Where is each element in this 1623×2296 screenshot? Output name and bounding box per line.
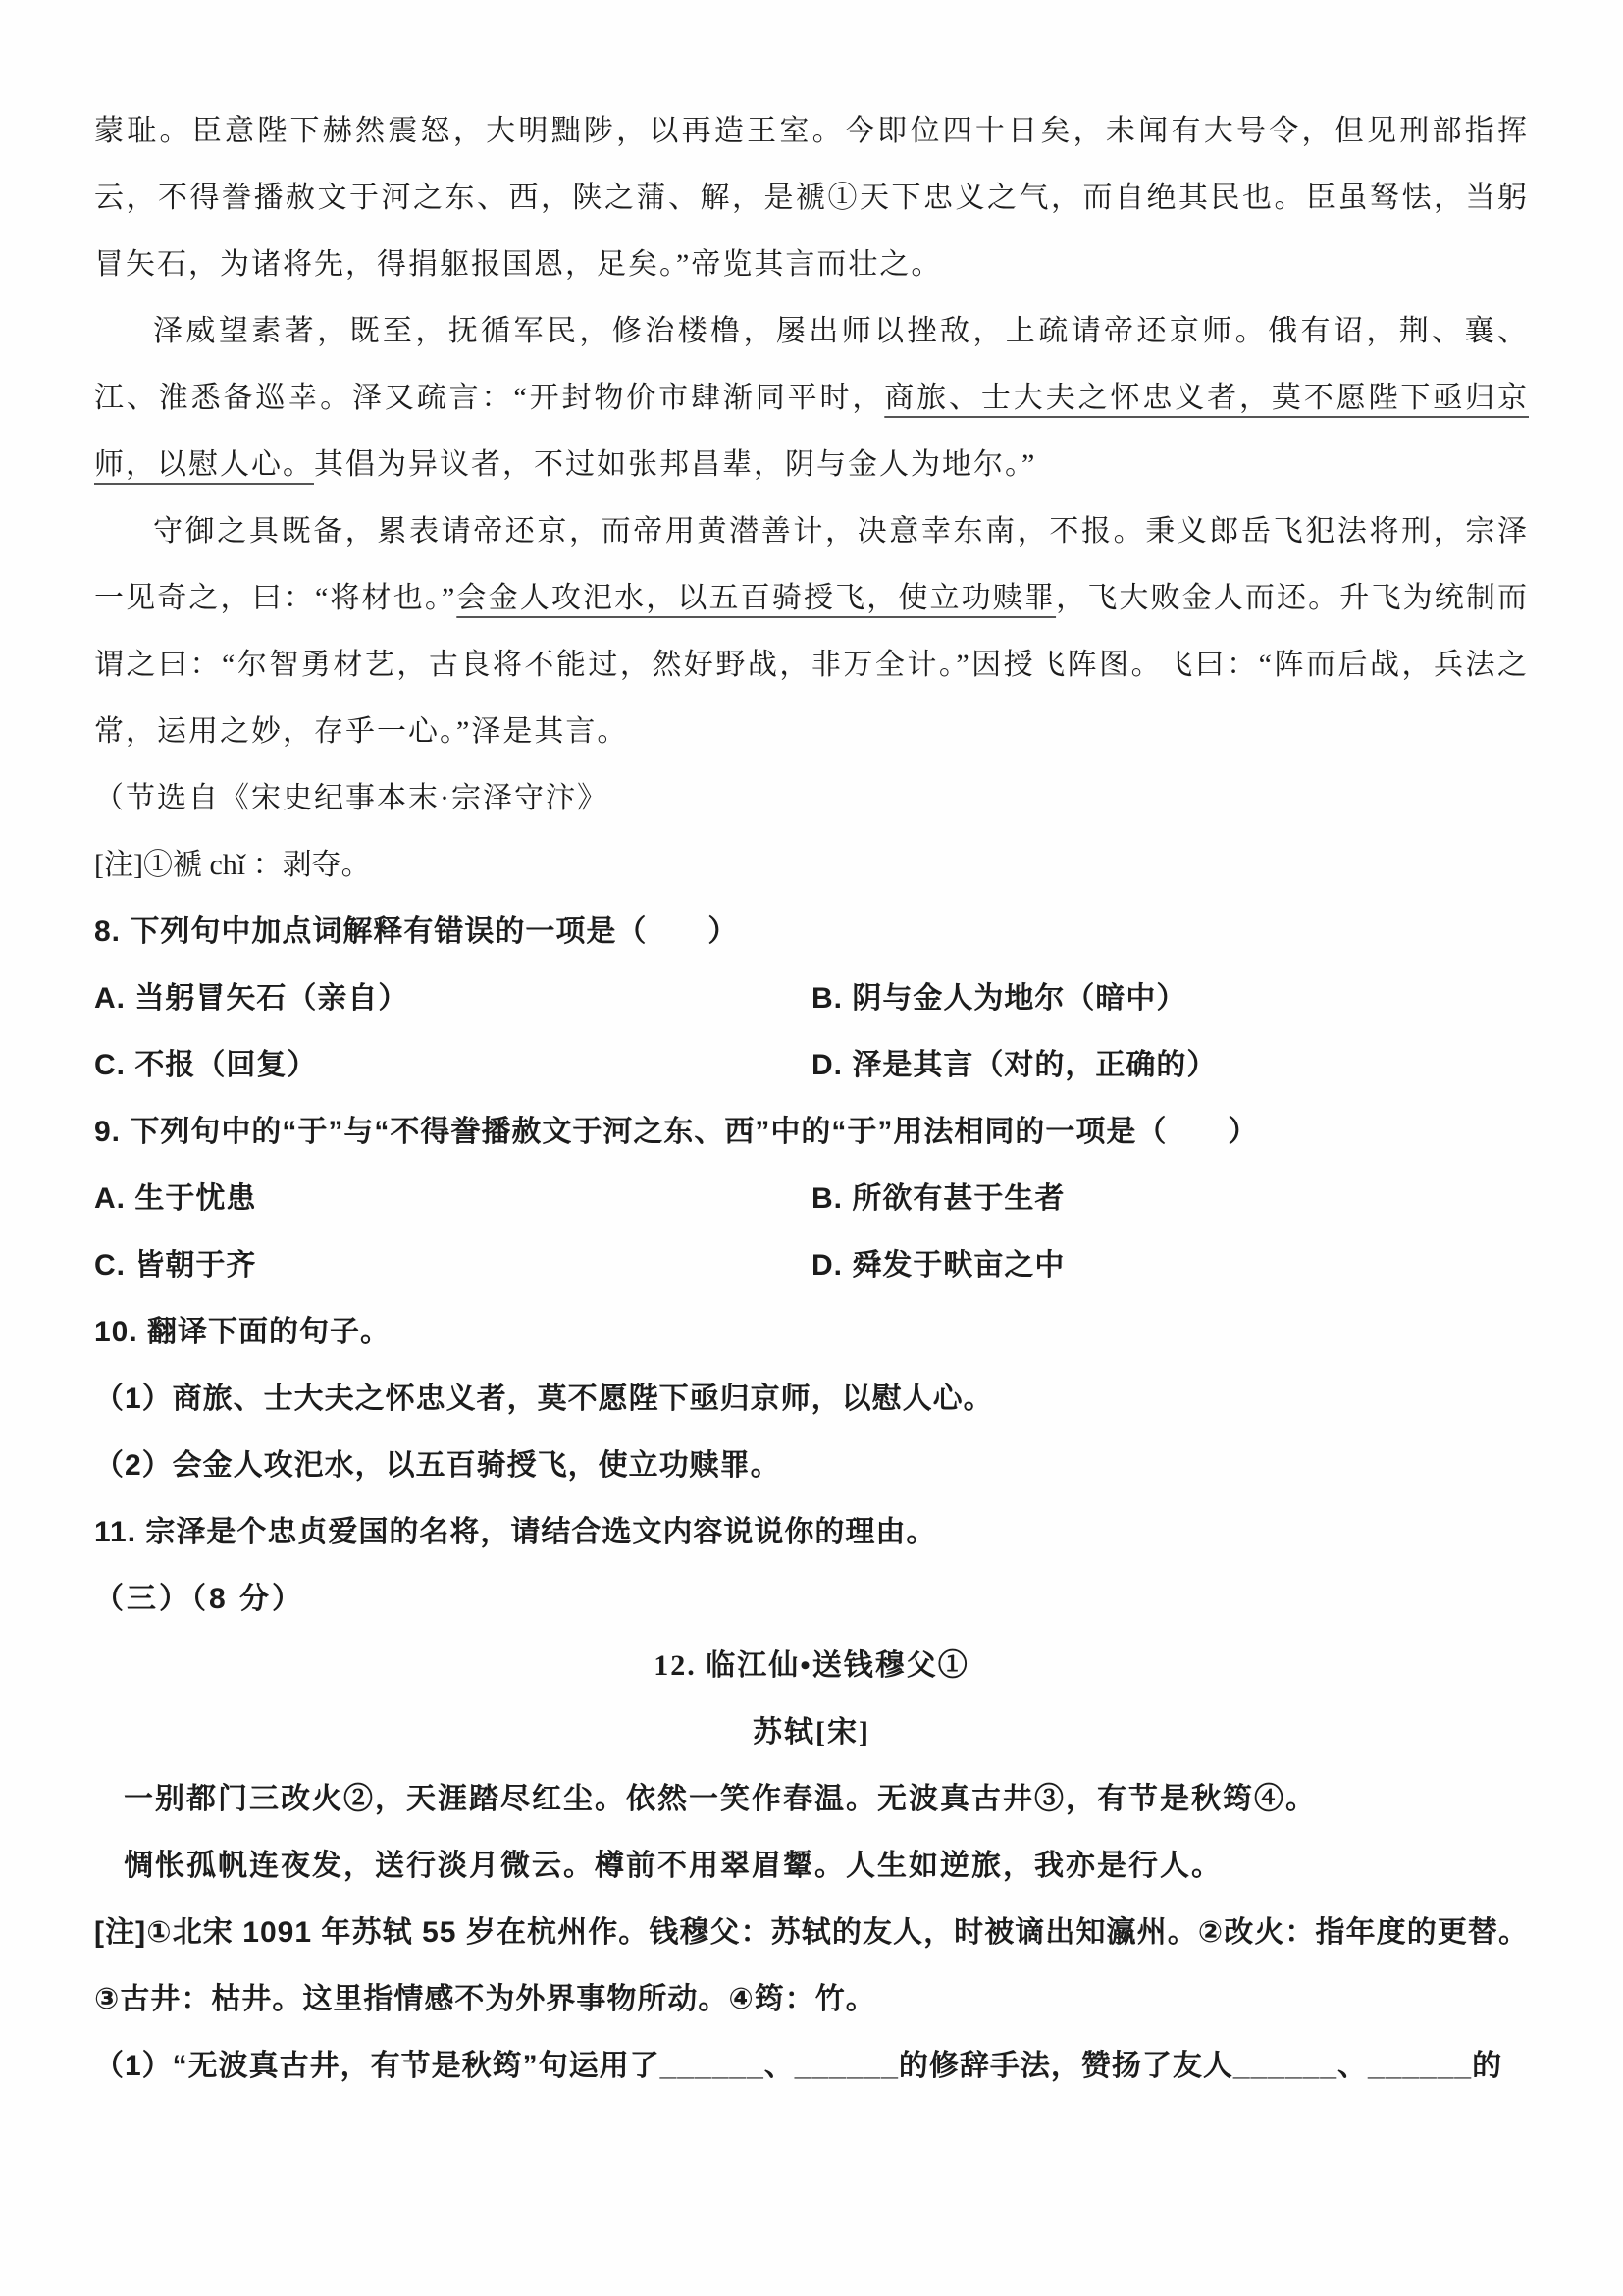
question-9-stem: 9. 下列句中的“于”与“不得誊播赦文于河之东、西”中的“于”用法相同的一项是（… (94, 1099, 1529, 1166)
question-8-option-b: B. 阴与金人为地尔（暗中） (811, 965, 1529, 1032)
passage-paragraph-2: 泽威望素著，既至，抚循军民，修治楼橹，屡出师以挫敌，上疏请帝还京师。俄有诏，荆、… (94, 298, 1529, 498)
question-10-item-1: （1）商旅、士大夫之怀忠义者，莫不愿陛下亟归京师，以慰人心。 (94, 1366, 1529, 1433)
question-10-stem: 10. 翻译下面的句子。 (94, 1299, 1529, 1366)
classical-passage: 蒙耻。臣意陛下赫然震怒，大明黜陟，以再造王室。今即位四十日矣，未闻有大号令，但见… (94, 98, 1529, 832)
question-8-stem: 8. 下列句中加点词解释有错误的一项是（ ） (94, 899, 1529, 965)
question-8-option-d: D. 泽是其言（对的，正确的） (811, 1032, 1529, 1099)
question-9: 9. 下列句中的“于”与“不得誊播赦文于河之东、西”中的“于”用法相同的一项是（… (94, 1099, 1529, 1299)
question-8-options-row-1: A. 当躬冒矢石（亲自） B. 阴与金人为地尔（暗中） (94, 965, 1529, 1032)
passage-2-text-cont: 其倡为异议者，不过如张邦昌辈，阴与金人为地尔。” (314, 448, 1036, 481)
question-9-option-d: D. 舜发于畎亩之中 (811, 1232, 1529, 1299)
exam-page: 蒙耻。臣意陛下赫然震怒，大明黜陟，以再造王室。今即位四十日矣，未闻有大号令，但见… (0, 0, 1623, 2296)
question-8-option-a: A. 当躬冒矢石（亲自） (94, 965, 811, 1032)
question-11-stem: 11. 宗泽是个忠贞爱国的名将，请结合选文内容说说你的理由。 (94, 1499, 1529, 1566)
passage-footnote: [注]①褫 chǐ ：剥夺。 (94, 832, 1529, 899)
passage-paragraph-3: 守御之具既备，累表请帝还京，而帝用黄潜善计，决意幸东南，不报。秉义郎岳飞犯法将刑… (94, 498, 1529, 765)
passage-source-citation: （节选自《宋史纪事本末·宗泽守汴》 (94, 765, 1529, 832)
question-9-option-b: B. 所欲有甚于生者 (811, 1166, 1529, 1232)
question-12-item-1: （1）“无波真古井，有节是秋筠”句运用了______、______的修辞手法，赞… (94, 2033, 1529, 2100)
question-9-option-c: C. 皆朝于齐 (94, 1232, 811, 1299)
question-9-option-a: A. 生于忧患 (94, 1166, 811, 1232)
question-9-options-row-1: A. 生于忧患 B. 所欲有甚于生者 (94, 1166, 1529, 1232)
question-8-options-row-2: C. 不报（回复） D. 泽是其言（对的，正确的） (94, 1032, 1529, 1099)
passage-paragraph-1: 蒙耻。臣意陛下赫然震怒，大明黜陟，以再造王室。今即位四十日矣，未闻有大号令，但见… (94, 98, 1529, 298)
question-10: 10. 翻译下面的句子。 （1）商旅、士大夫之怀忠义者，莫不愿陛下亟归京师，以慰… (94, 1299, 1529, 1499)
poem-line-2: 惆怅孤帆连夜发，送行淡月微云。樽前不用翠眉颦。人生如逆旅，我亦是行人。 (94, 1833, 1529, 1900)
poem-title: 12. 临江仙•送钱穆父① (94, 1633, 1529, 1699)
passage-3-underlined-sentence: 会金人攻汜水，以五百骑授飞，使立功赎罪 (456, 582, 1056, 614)
section-3-heading: （三）（8 分） (94, 1566, 1529, 1633)
poem-line-1: 一别都门三改火②，天涯踏尽红尘。依然一笑作春温。无波真古井③，有节是秋筠④。 (94, 1766, 1529, 1833)
poem-author: 苏轼[宋] (94, 1699, 1529, 1766)
poem-section: 12. 临江仙•送钱穆父① 苏轼[宋] 一别都门三改火②，天涯踏尽红尘。依然一笑… (94, 1633, 1529, 2033)
question-10-item-2: （2）会金人攻汜水，以五百骑授飞，使立功赎罪。 (94, 1433, 1529, 1499)
question-9-options-row-2: C. 皆朝于齐 D. 舜发于畎亩之中 (94, 1232, 1529, 1299)
poem-footnote: [注]①北宋 1091 年苏轼 55 岁在杭州作。钱穆父：苏轼的友人，时被谪出知… (94, 1900, 1529, 2033)
question-8-option-c: C. 不报（回复） (94, 1032, 811, 1099)
question-8: 8. 下列句中加点词解释有错误的一项是（ ） A. 当躬冒矢石（亲自） B. 阴… (94, 899, 1529, 1099)
